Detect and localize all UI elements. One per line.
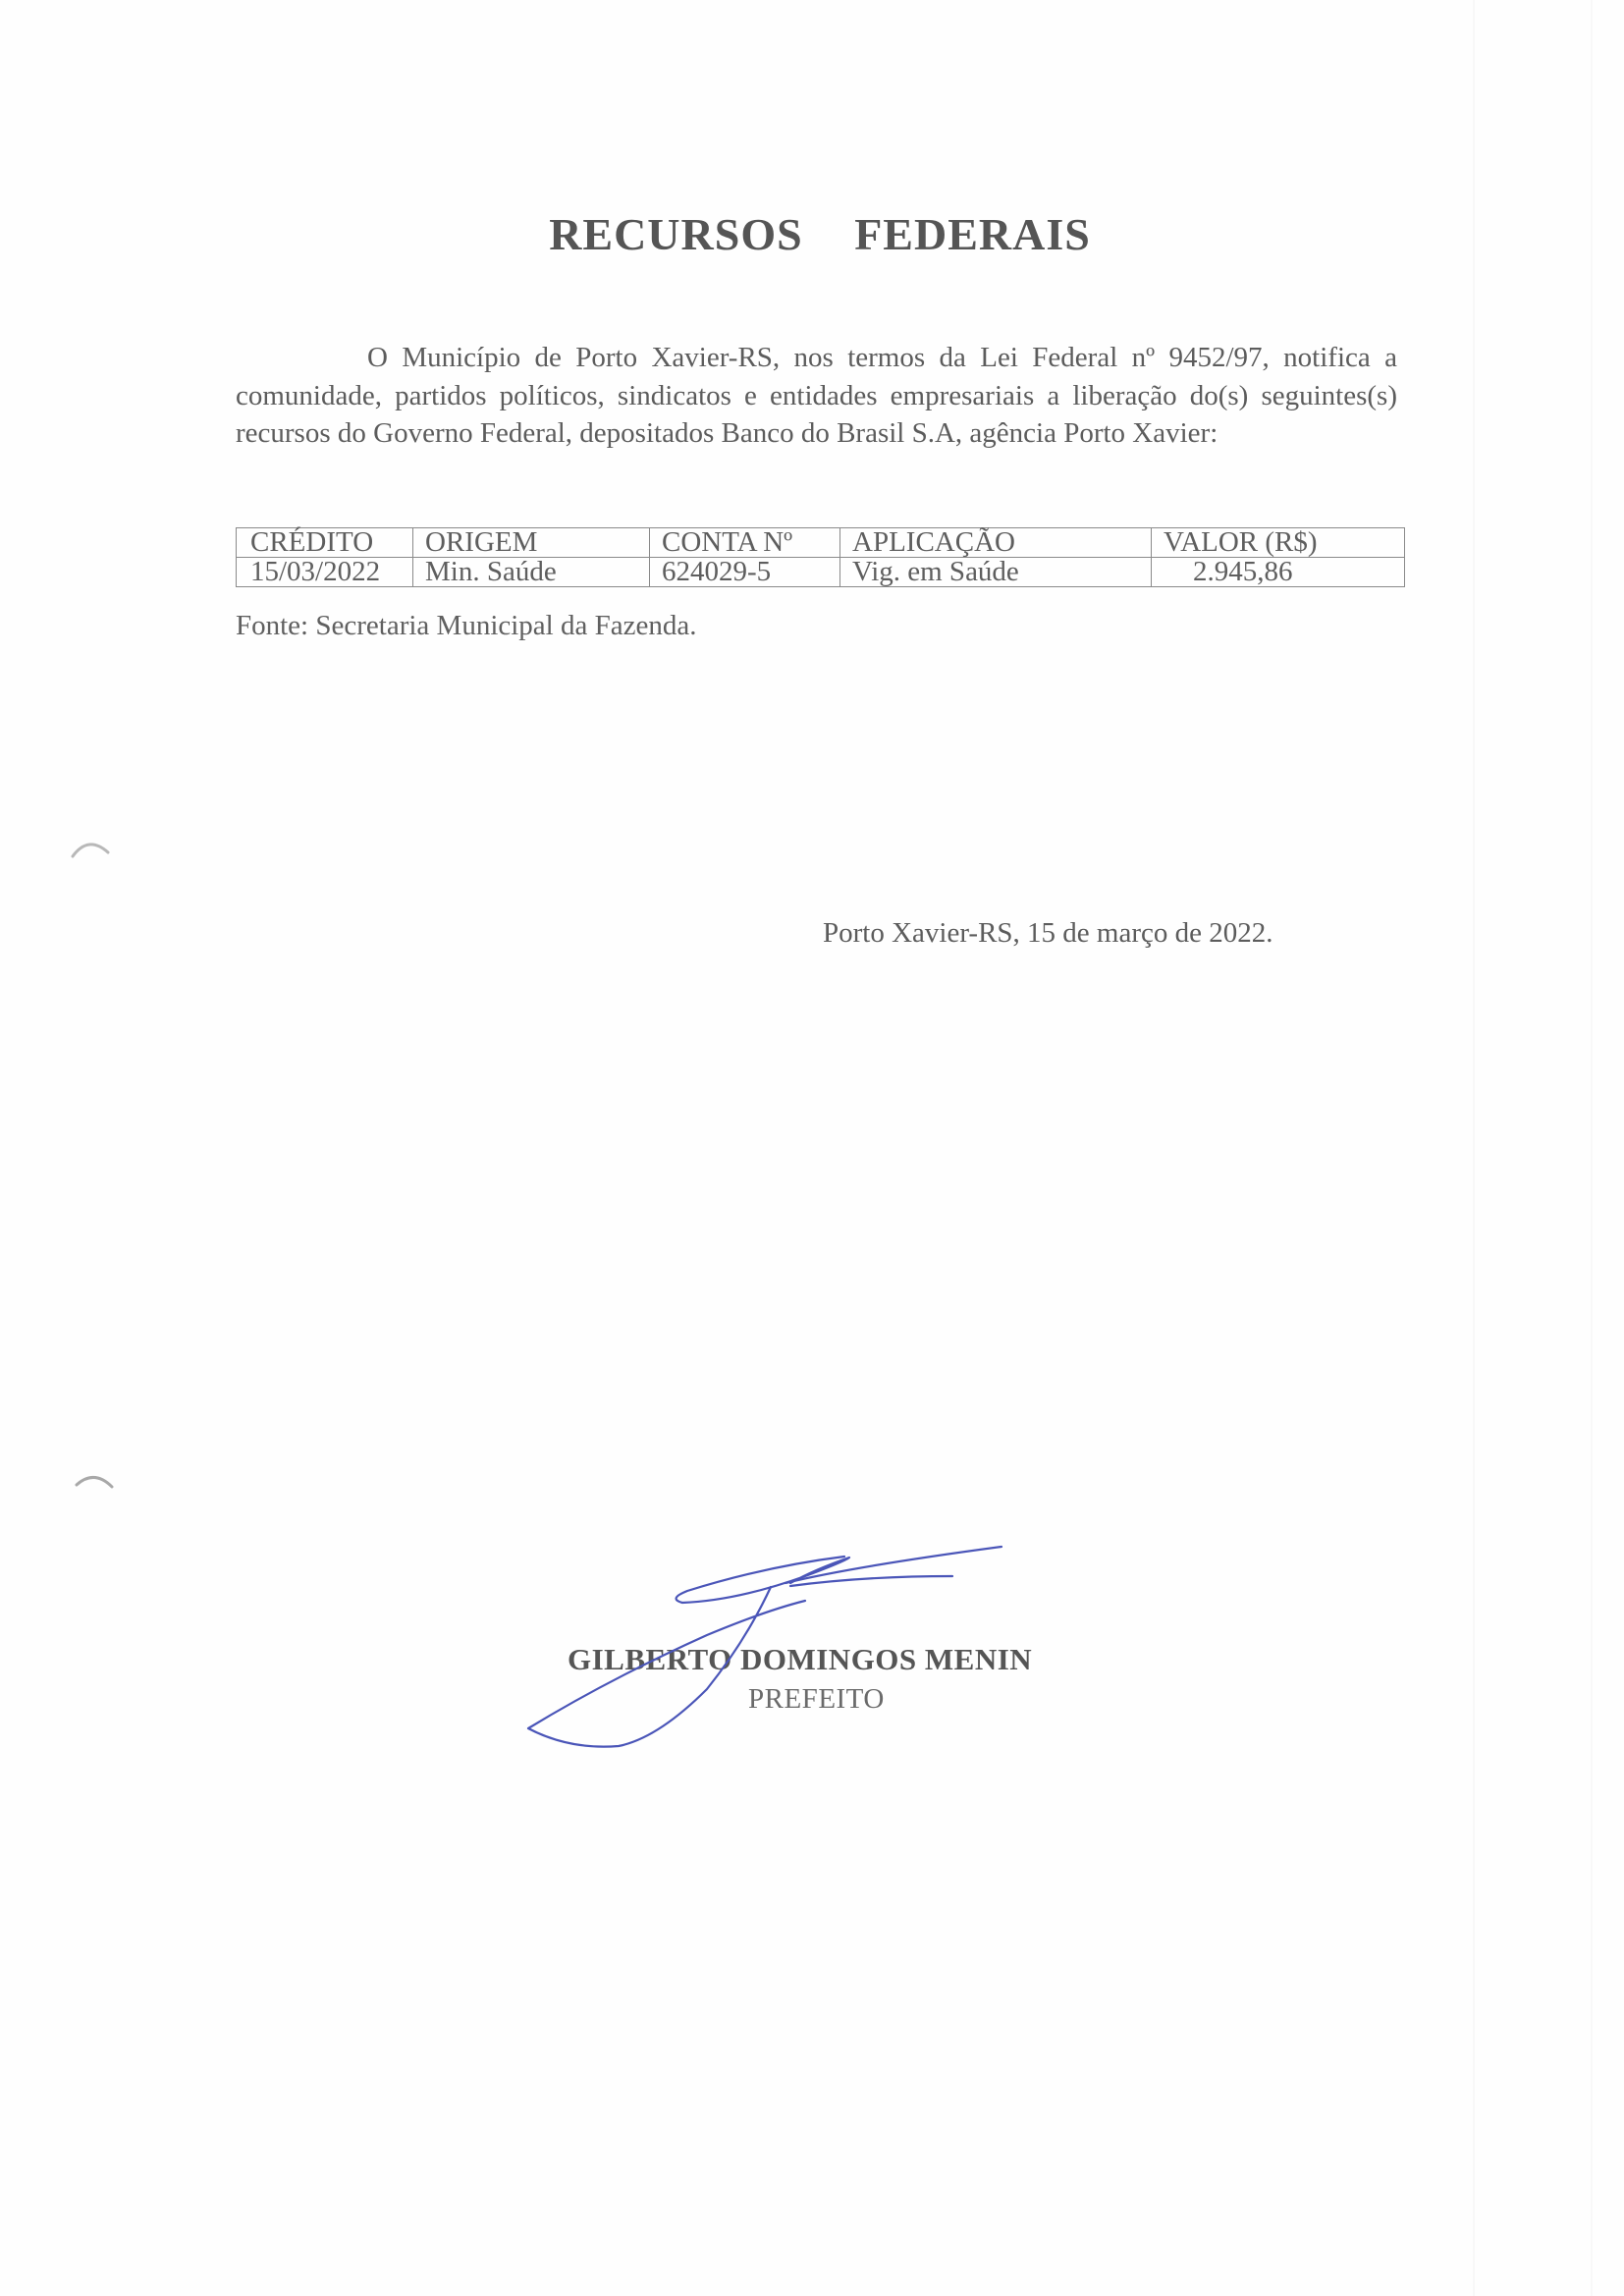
- table-source-note: Fonte: Secretaria Municipal da Fazenda.: [236, 610, 696, 642]
- cell-valor: 2.945,86: [1152, 558, 1405, 587]
- cell-aplicacao: Vig. em Saúde: [840, 558, 1152, 587]
- place-date-line: Porto Xavier-RS, 15 de março de 2022.: [823, 917, 1273, 950]
- handwritten-signature: [511, 1522, 1080, 1768]
- cell-conta: 624029-5: [650, 558, 840, 587]
- cell-credito: 15/03/2022: [237, 558, 413, 587]
- column-header-credito: CRÉDITO: [237, 528, 413, 558]
- punch-hole-mark: [73, 1467, 116, 1497]
- column-header-conta: CONTA Nº: [650, 528, 840, 558]
- notice-paragraph: O Município de Porto Xavier-RS, nos term…: [236, 339, 1397, 453]
- column-header-origem: ORIGEM: [413, 528, 650, 558]
- document-title: RECURSOS FEDERAIS: [0, 208, 1624, 260]
- resources-table: CRÉDITO ORIGEM CONTA Nº APLICAÇÃO VALOR …: [236, 527, 1405, 587]
- scan-shadow-line: [1591, 0, 1593, 2296]
- column-header-aplicacao: APLICAÇÃO: [840, 528, 1152, 558]
- column-header-valor: VALOR (R$): [1152, 528, 1405, 558]
- punch-hole-mark: [69, 831, 112, 860]
- table-header-row: CRÉDITO ORIGEM CONTA Nº APLICAÇÃO VALOR …: [237, 528, 1405, 558]
- document-page: RECURSOS FEDERAIS O Município de Porto X…: [0, 0, 1624, 2296]
- table-row: 15/03/2022 Min. Saúde 624029-5 Vig. em S…: [237, 558, 1405, 587]
- scan-shadow-line: [1473, 0, 1475, 2296]
- cell-origem: Min. Saúde: [413, 558, 650, 587]
